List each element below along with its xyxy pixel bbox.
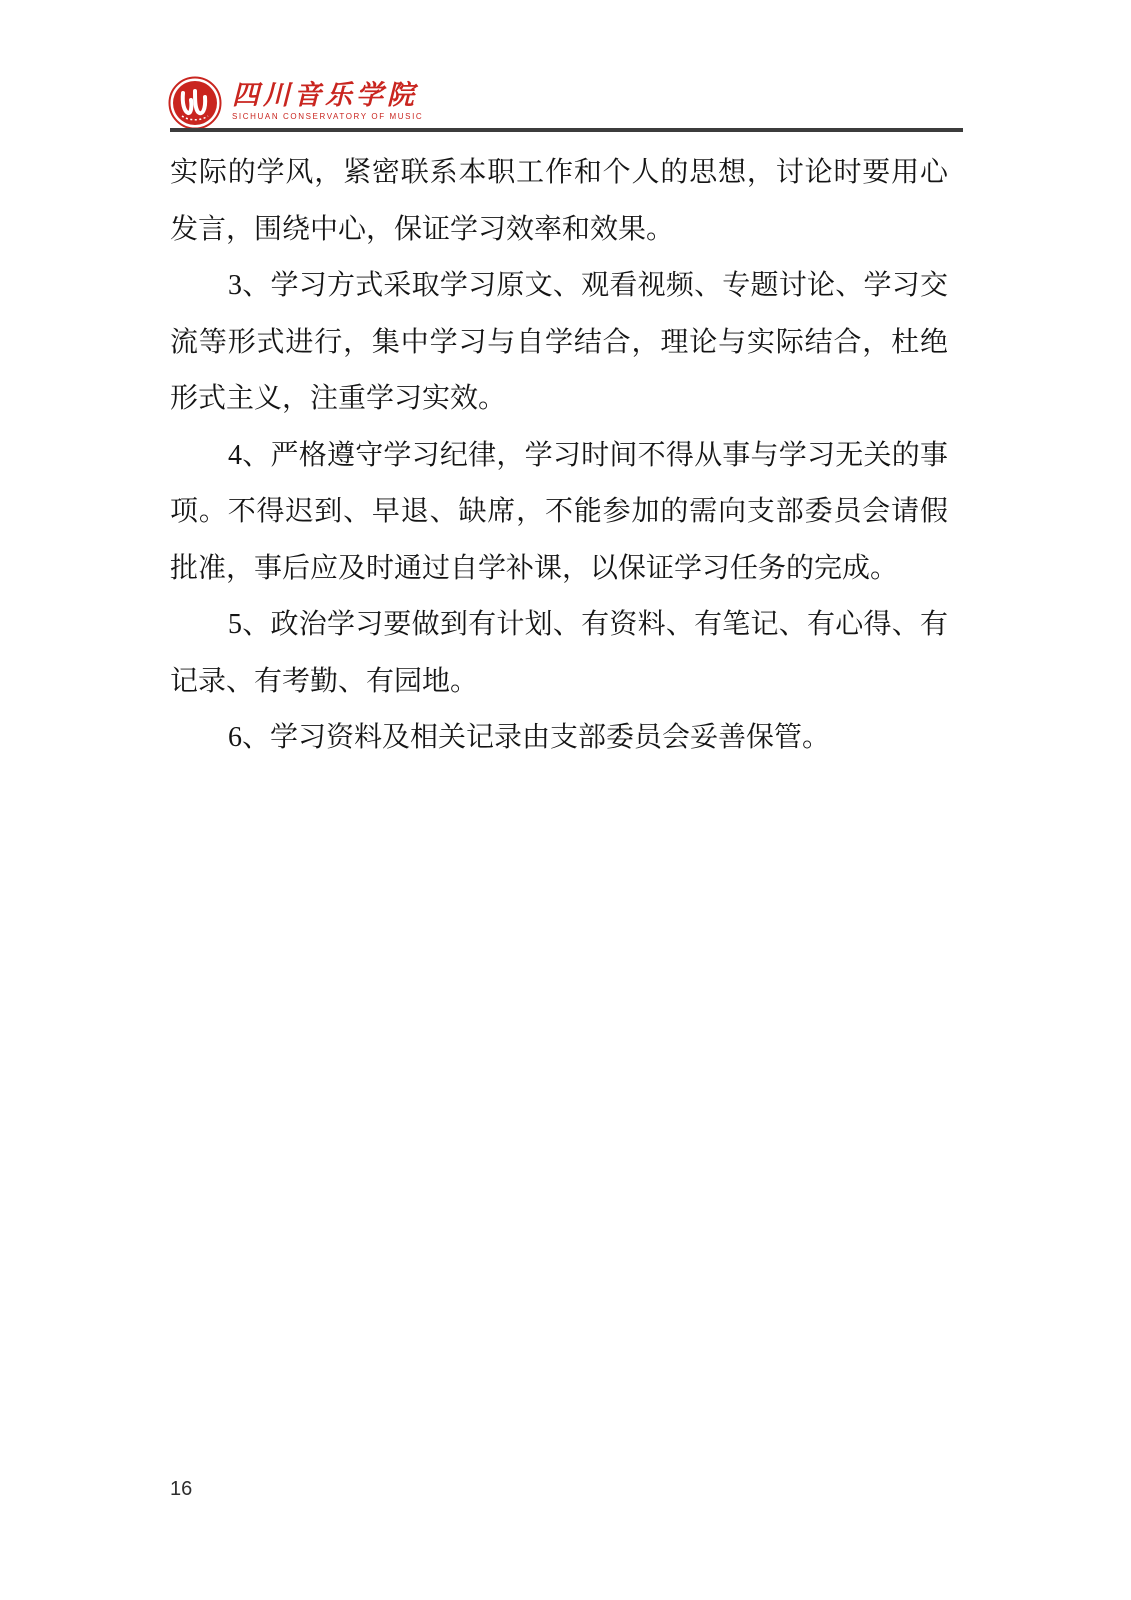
conservatory-name-cn: 四川音乐学院 <box>232 80 423 110</box>
paragraph: 实际的学风，紧密联系本职工作和个人的思想，讨论时要用心发言，围绕中心，保证学习效… <box>170 145 948 258</box>
paragraph: 3、学习方式采取学习原文、观看视频、专题讨论、学习交流等形式进行，集中学习与自学… <box>170 258 948 428</box>
paragraph: 6、学习资料及相关记录由支部委员会妥善保管。 <box>170 710 948 767</box>
document-page: 四川音乐学院 SICHUAN CONSERVATORY OF MUSIC 实际的… <box>0 0 1131 1600</box>
conservatory-seal-icon <box>168 76 222 130</box>
conservatory-name-en: SICHUAN CONSERVATORY OF MUSIC <box>232 111 423 122</box>
header-divider <box>170 128 963 132</box>
document-body: 实际的学风，紧密联系本职工作和个人的思想，讨论时要用心发言，围绕中心，保证学习效… <box>170 145 948 767</box>
page-number: 16 <box>170 1478 192 1501</box>
paragraph: 5、政治学习要做到有计划、有资料、有笔记、有心得、有记录、有考勤、有园地。 <box>170 597 948 710</box>
brand-text-block: 四川音乐学院 SICHUAN CONSERVATORY OF MUSIC <box>232 80 423 122</box>
letterhead: 四川音乐学院 SICHUAN CONSERVATORY OF MUSIC <box>168 74 963 134</box>
paragraph: 4、严格遵守学习纪律，学习时间不得从事与学习无关的事项。不得迟到、早退、缺席，不… <box>170 428 948 598</box>
